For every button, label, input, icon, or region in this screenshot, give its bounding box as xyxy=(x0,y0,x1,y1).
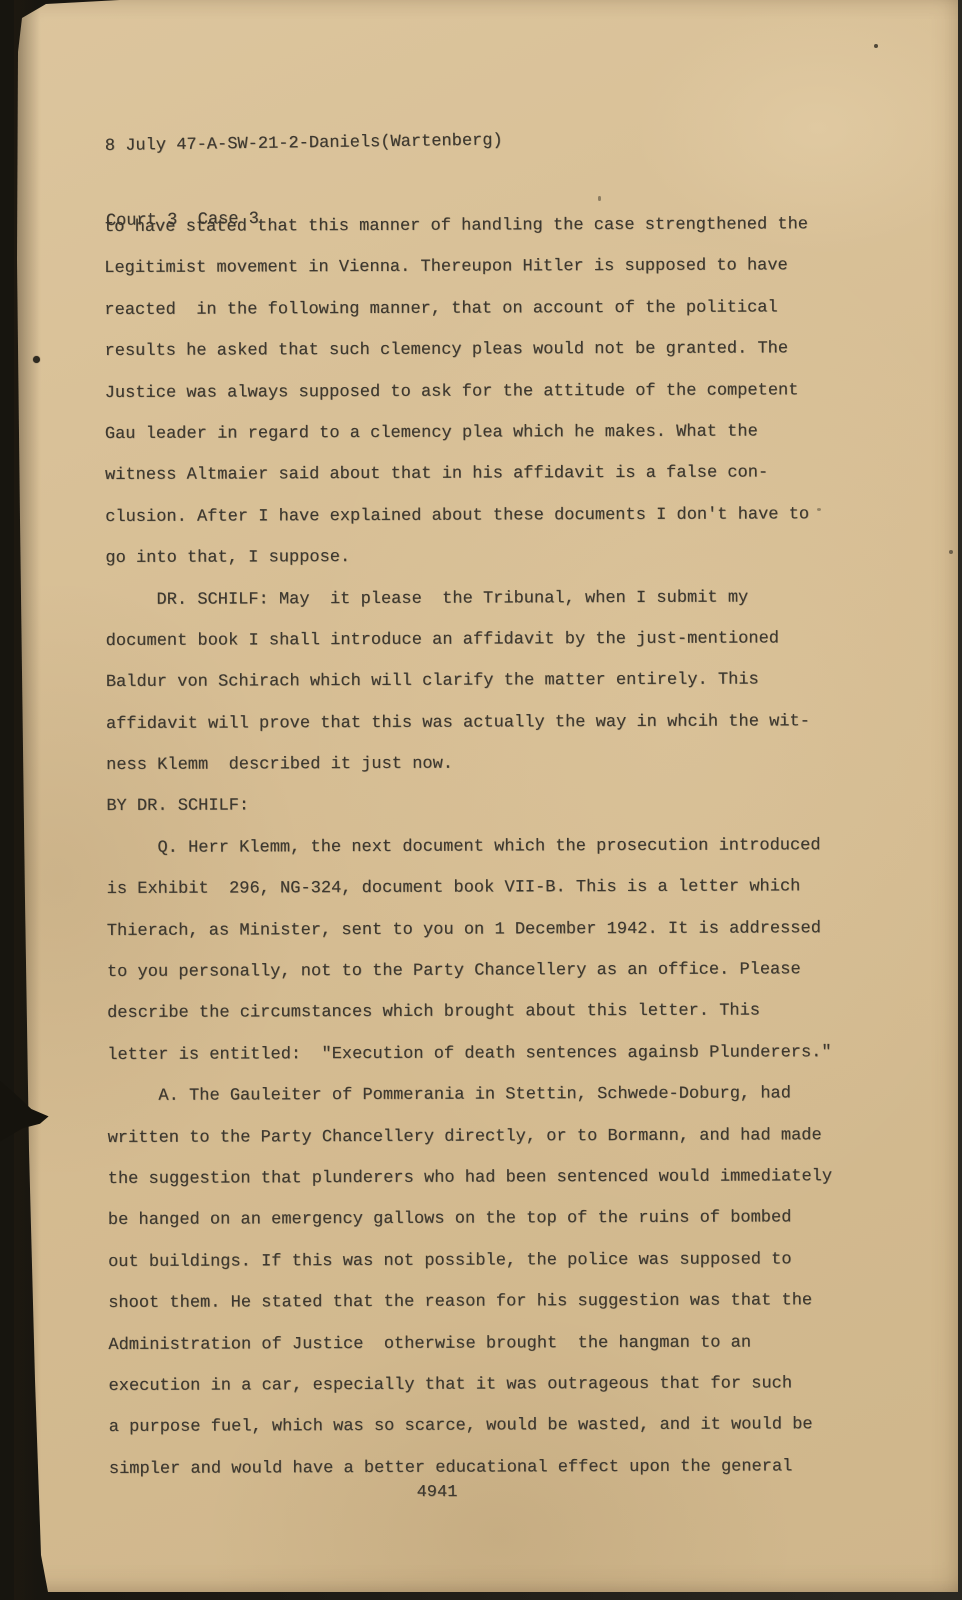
transcript-line: be hanged on an emergency gallows on the… xyxy=(108,1197,936,1242)
transcript-line: describe the circumstances which brought… xyxy=(107,990,935,1035)
transcript-line: out buildings. If this was not possible,… xyxy=(108,1239,936,1284)
transcript-line: to have stated that this manner of handl… xyxy=(104,204,932,249)
transcript-line: witness Altmaier said about that in his … xyxy=(105,452,933,497)
transcript-line: clusion. After I have explained about th… xyxy=(105,494,933,539)
transcript-line: shoot them. He stated that the reason fo… xyxy=(108,1280,936,1325)
transcript-line: go into that, I suppose. xyxy=(105,535,933,580)
transcript-line-by-dr-schilf: BY DR. SCHILF: xyxy=(106,783,934,828)
transcript-line: ness Klemm described it just now. xyxy=(106,742,934,787)
transcript-line: reacted in the following manner, that on… xyxy=(104,287,932,332)
transcript-line: Baldur von Schirach which will clarify t… xyxy=(106,659,934,704)
transcript-body: to have stated that this manner of handl… xyxy=(104,204,937,1490)
page-number: 4941 xyxy=(104,1472,770,1513)
scanner-background: 8 July 47-A-SW-21-2-Daniels(Wartenberg) … xyxy=(0,0,962,1600)
header-reference-line: 8 July 47-A-SW-21-2-Daniels(Wartenberg) xyxy=(105,128,503,159)
transcript-line: is Exhibit 296, NG-324, document book VI… xyxy=(107,866,935,911)
transcript-line: results he asked that such clemency plea… xyxy=(104,328,932,373)
transcript-line: the suggestion that plunderers who had b… xyxy=(108,1156,936,1201)
paper-speck xyxy=(33,356,40,363)
transcript-line: a purpose fuel, which was so scarce, wou… xyxy=(109,1404,937,1449)
paper-speck xyxy=(874,44,878,48)
transcript-line: Thierach, as Minister, sent to you on 1 … xyxy=(107,907,935,952)
transcript-line-dr-schilf-statement: DR. SCHILF: May it please the Tribunal, … xyxy=(105,576,933,621)
paper-speck xyxy=(817,508,821,511)
transcript-line: to you personally, not to the Party Chan… xyxy=(107,949,935,994)
transcript-line: affidavit will prove that this was actua… xyxy=(106,701,934,746)
transcript-line-question: Q. Herr Klemm, the next document which t… xyxy=(106,825,934,870)
transcript-line: letter is entitled: "Execution of death … xyxy=(107,1032,935,1077)
transcript-line: execution in a car, especially that it w… xyxy=(108,1363,936,1408)
transcript-line-answer: A. The Gauleiter of Pommerania in Stetti… xyxy=(107,1073,935,1118)
transcript-line: Gau leader in regard to a clemency plea … xyxy=(105,411,933,456)
paper-speck xyxy=(598,196,601,201)
transcript-line: Legitimist movement in Vienna. Thereupon… xyxy=(104,245,932,290)
transcript-line: Administration of Justice otherwise brou… xyxy=(108,1321,936,1366)
transcript-line: Justice was always supposed to ask for t… xyxy=(105,369,933,414)
transcript-line: document book I shall introduce an affid… xyxy=(106,618,934,663)
paper-speck xyxy=(949,550,953,554)
transcript-line: written to the Party Chancellery directl… xyxy=(107,1114,935,1159)
